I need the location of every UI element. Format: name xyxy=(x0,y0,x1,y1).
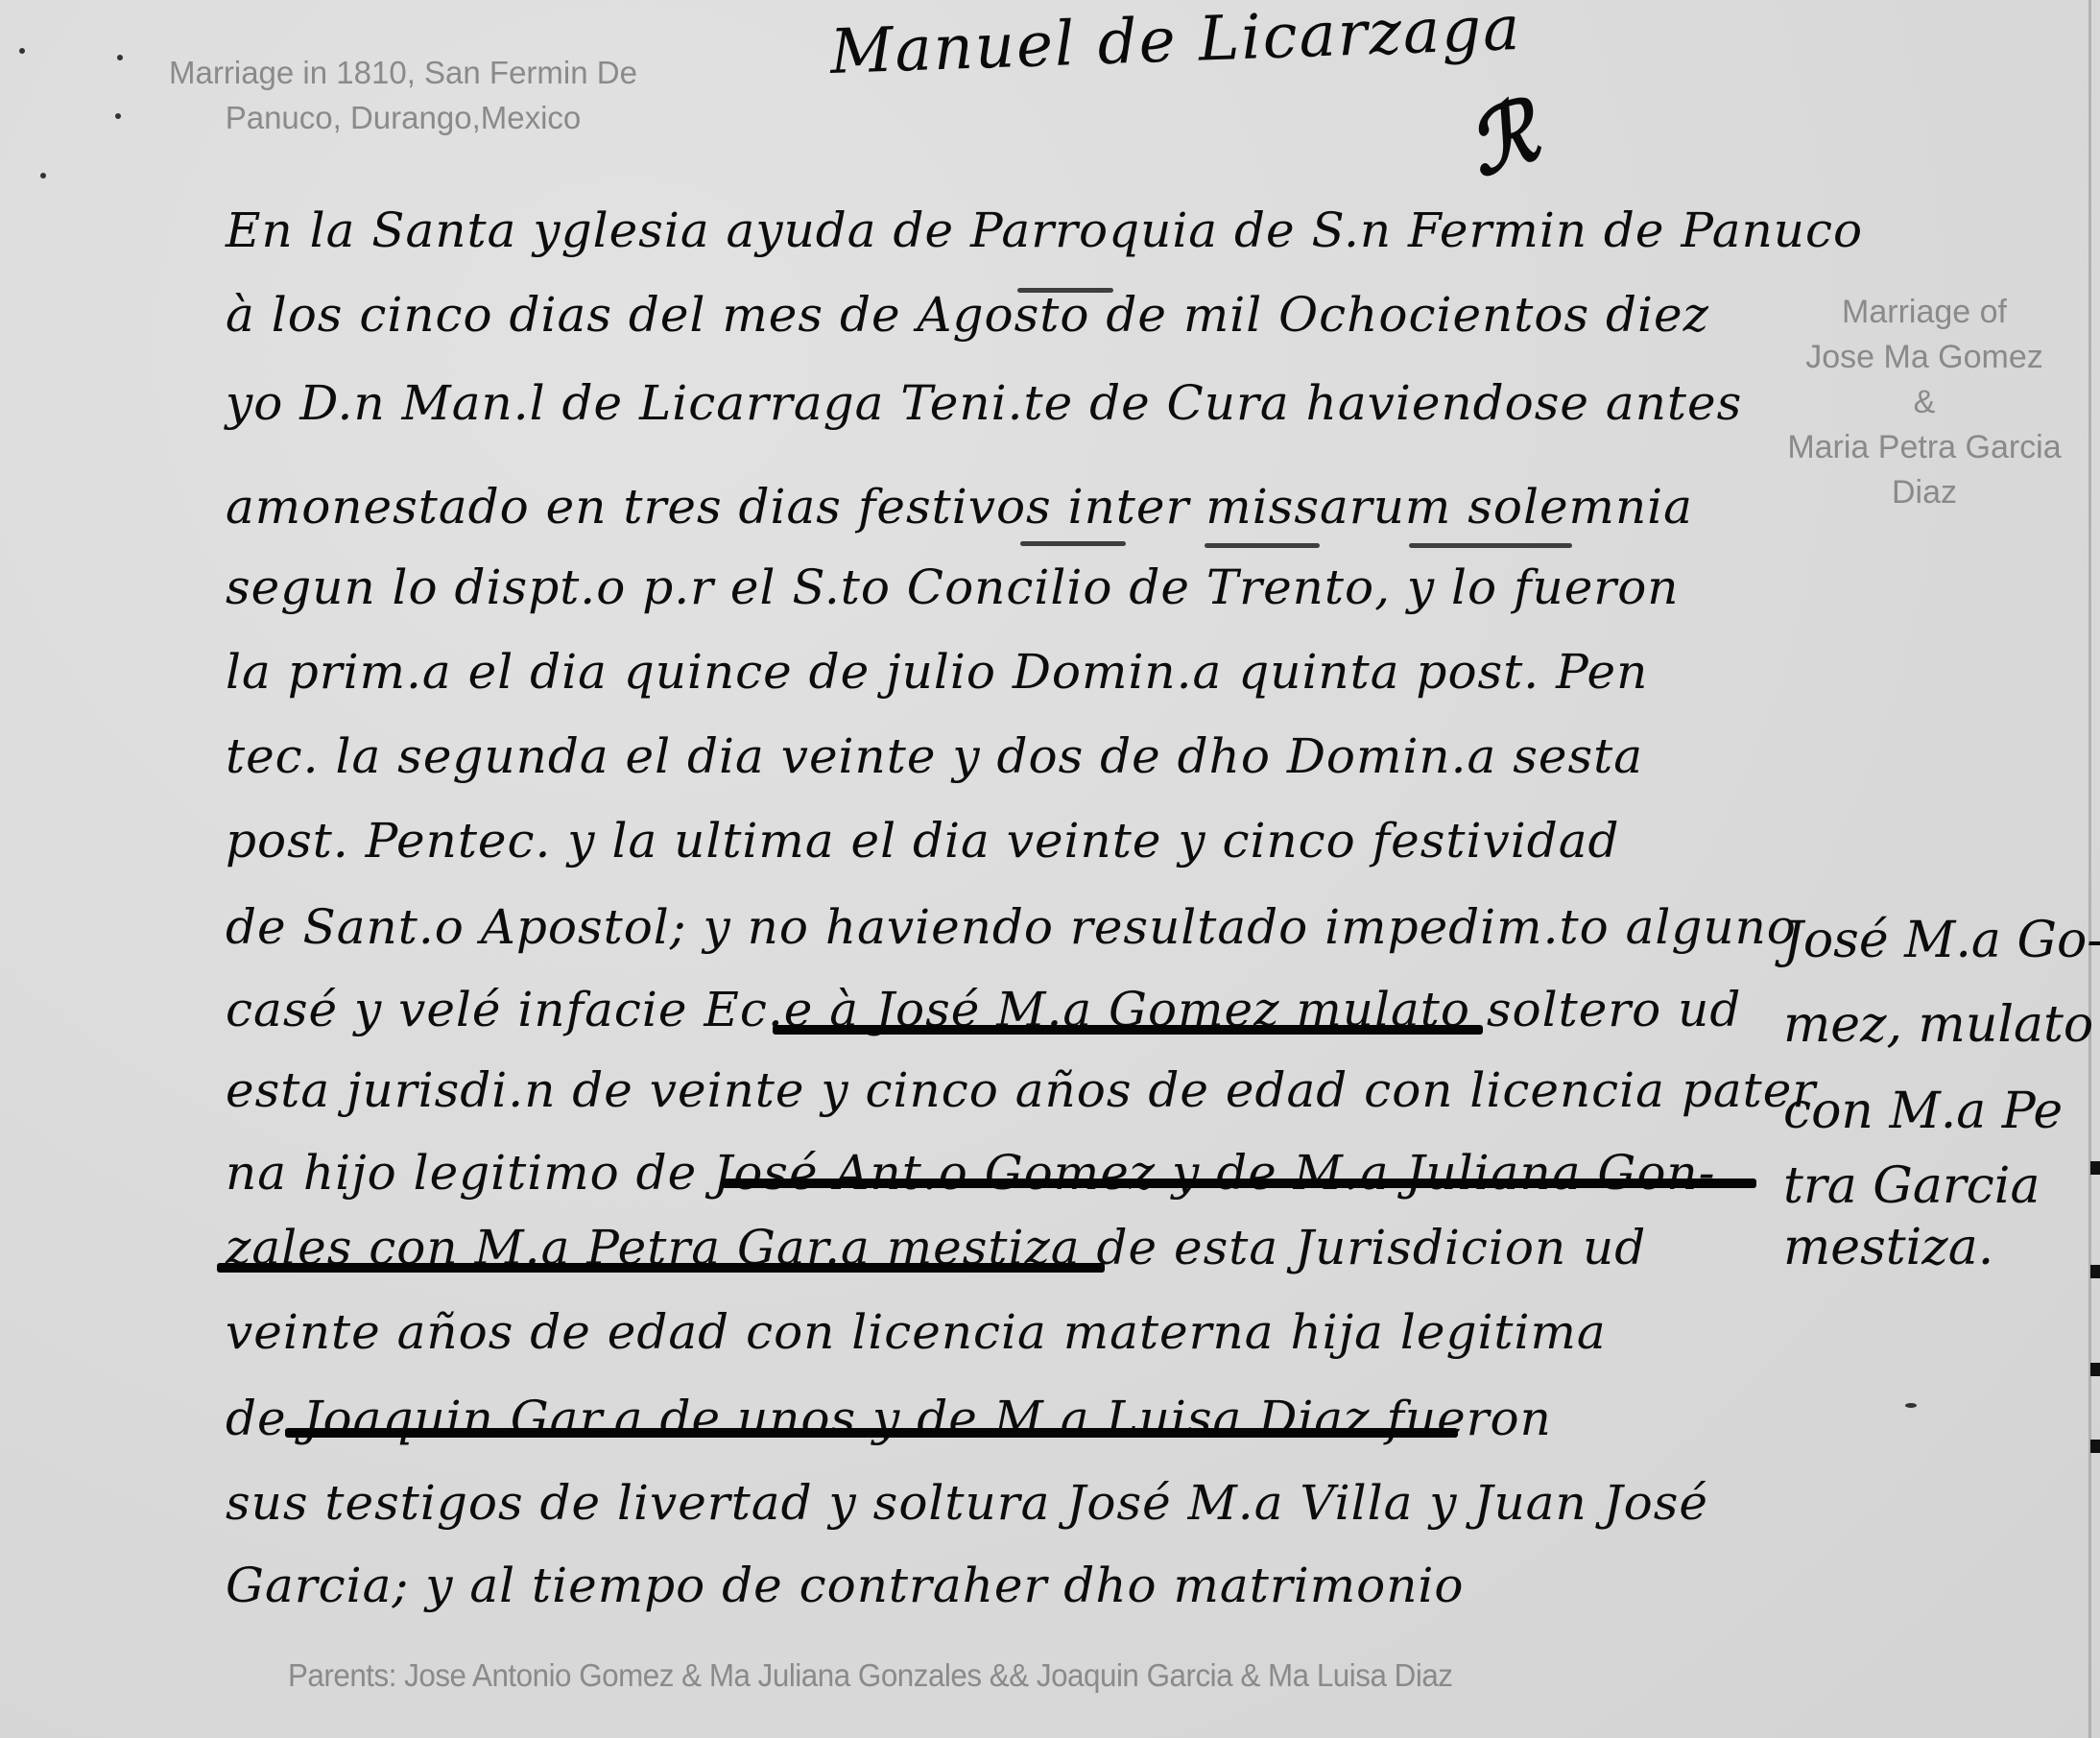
document-scan: Marriage in 1810, San Fermin De Panuco, … xyxy=(0,0,2100,1738)
annotation-line: Diaz xyxy=(1756,470,2092,515)
rubric-flourish: ℛ xyxy=(1455,81,1550,197)
margin-line: tra Garcia xyxy=(1783,1157,2040,1215)
annotation-line: Marriage in 1810, San Fermin De xyxy=(125,50,681,95)
binding-stitch-marks xyxy=(2090,0,2100,1738)
annotation-couple: Marriage of Jose Ma Gomez & Maria Petra … xyxy=(1756,290,2092,515)
record-line: de Joaquin Gar.a de unos y de M.a Luisa … xyxy=(226,1390,1552,1447)
heading-signature: Manuel de Licarzaga xyxy=(829,0,1523,88)
faint-underline xyxy=(1017,288,1113,293)
foxing-speck xyxy=(115,113,121,119)
annotation-line: & xyxy=(1756,380,2092,425)
record-line: veinte años de edad con licencia materna… xyxy=(226,1303,1607,1361)
highlight-underline-bride-parents xyxy=(285,1428,1458,1438)
foxing-speck xyxy=(40,173,46,179)
record-line: de Sant.o Apostol; y no haviendo resulta… xyxy=(226,898,1797,956)
foxing-speck xyxy=(1905,1403,1917,1408)
record-line: na hijo legitimo de José Ant.o Gomez y d… xyxy=(226,1144,1716,1202)
annotation-line: Marriage of xyxy=(1756,290,2092,335)
annotation-line: Panuco, Durango,Mexico xyxy=(125,95,681,140)
annotation-location: Marriage in 1810, San Fermin De Panuco, … xyxy=(125,50,681,140)
margin-line: José M.a Go- xyxy=(1783,912,2100,969)
margin-line: con M.a Pe xyxy=(1783,1083,2063,1140)
record-line: yo D.n Man.l de Licarraga Teni.te de Cur… xyxy=(226,374,1742,432)
annotation-line: Jose Ma Gomez xyxy=(1756,335,2092,380)
faint-underline xyxy=(1020,541,1126,546)
record-line: post. Pentec. y la ultima el dia veinte … xyxy=(226,812,1620,869)
record-line: esta jurisdi.n de veinte y cinco años de… xyxy=(226,1061,1816,1119)
record-line: à los cinco dias del mes de Agosto de mi… xyxy=(226,286,1709,344)
margin-line: mestiza. xyxy=(1783,1219,1993,1276)
highlight-underline-bride xyxy=(217,1263,1105,1273)
highlight-underline-groom xyxy=(773,1025,1483,1035)
record-line: Garcia; y al tiempo de contraher dho mat… xyxy=(226,1557,1465,1614)
foxing-speck xyxy=(19,48,25,54)
record-line: sus testigos de livertad y soltura José … xyxy=(226,1474,1708,1532)
annotation-line: Maria Petra Garcia xyxy=(1756,425,2092,470)
margin-line: mez, mulato xyxy=(1783,996,2093,1054)
foxing-speck xyxy=(117,55,123,60)
record-line: tec. la segunda el dia veinte y dos de d… xyxy=(226,727,1643,785)
record-line: segun lo dispt.o p.r el S.to Concilio de… xyxy=(226,559,1680,616)
faint-underline xyxy=(1409,543,1572,548)
record-line: la prim.a el dia quince de julio Domin.a… xyxy=(226,643,1648,701)
highlight-underline-groom-parents xyxy=(722,1179,1756,1188)
faint-underline xyxy=(1205,543,1320,548)
record-line: En la Santa yglesia ayuda de Parroquia d… xyxy=(226,202,1863,259)
annotation-parents: Parents: Jose Antonio Gomez & Ma Juliana… xyxy=(288,1656,1747,1695)
record-line: amonestado en tres dias festivos inter m… xyxy=(226,478,1693,536)
